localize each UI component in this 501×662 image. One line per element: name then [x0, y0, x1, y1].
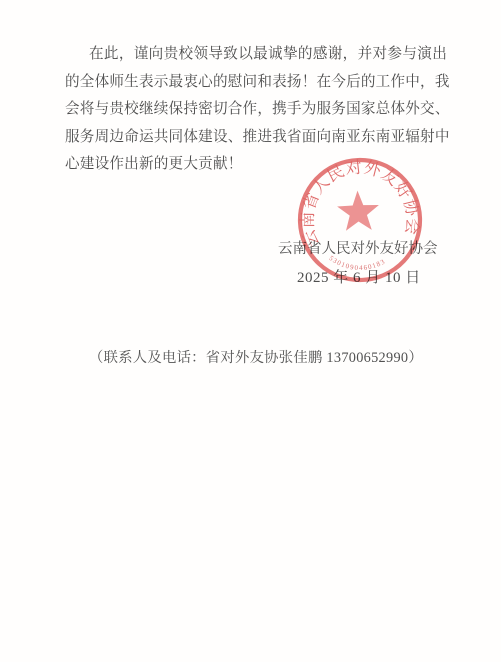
body-line: 服务周边命运共同体建设、推进我省面向南亚东南亚辐射中	[65, 124, 447, 152]
seal-code-arc: 5301090460183	[327, 252, 387, 273]
official-seal-stamp: 云南省人民对外友好协会 5301090460183	[292, 152, 429, 289]
contact-info: （联系人及电话：省对外友协张佳鹏 13700652990）	[89, 347, 423, 367]
body-line: 会将与贵校继续保持密切合作，携手为服务国家总体外交、	[65, 96, 447, 124]
letter-page: 在此，谨向贵校领导致以最诚挚的感谢，并对参与演出 的全体师生表示最衷心的慰问和表…	[0, 0, 501, 662]
body-line: 在此，谨向贵校领导致以最诚挚的感谢，并对参与演出	[65, 41, 447, 69]
star-icon	[337, 190, 380, 231]
body-line: 的全体师生表示最衷心的慰问和表扬！在今后的工作中，我	[65, 69, 447, 97]
